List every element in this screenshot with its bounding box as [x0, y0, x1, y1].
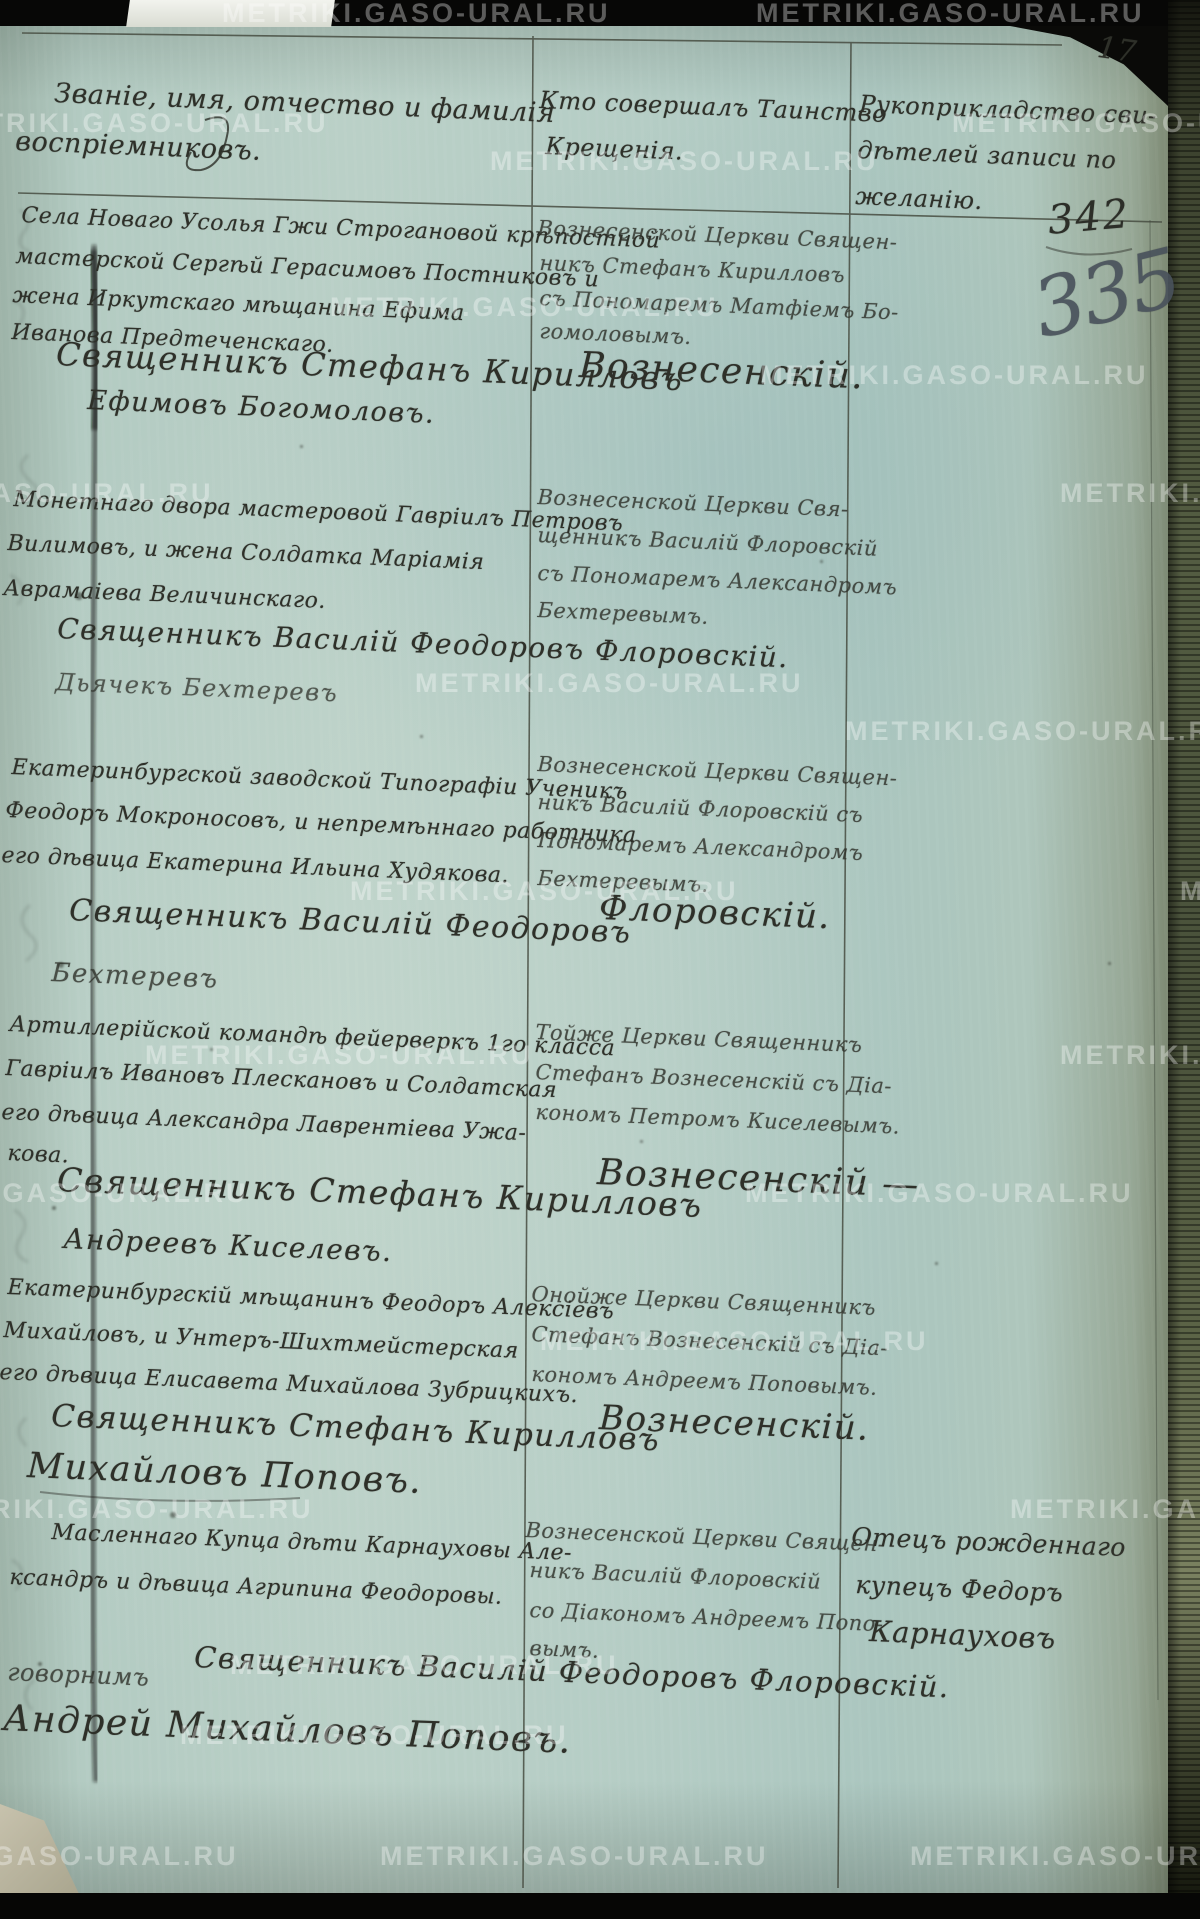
- corner-page-number: 17: [1095, 30, 1139, 70]
- record-6-col1-note: говорнимъ: [7, 1658, 150, 1692]
- scanned-metric-book-page: { "watermark": { "text": "METRIKI.GASO-U…: [0, 0, 1200, 1919]
- foxing-speck: [170, 1512, 176, 1518]
- foxing-speck: [210, 1048, 213, 1051]
- foxing-speck: [58, 962, 64, 968]
- foxing-speck: [300, 445, 303, 448]
- foxing-speck: [75, 592, 83, 600]
- foxing-speck: [935, 1262, 938, 1265]
- foxing-speck: [640, 1140, 643, 1143]
- scan-background-bottom: [0, 1893, 1200, 1919]
- header-col3-line-3: желанію.: [855, 182, 983, 215]
- foxing-speck: [420, 735, 423, 738]
- record-6-col2-line: вымъ.: [529, 1636, 600, 1663]
- foxing-speck: [52, 1206, 56, 1210]
- paper-sliver: [126, 0, 335, 27]
- foxing-speck: [820, 560, 823, 563]
- foxing-speck: [520, 1740, 523, 1743]
- old-page-number: 342: [1046, 191, 1132, 244]
- foxing-speck: [38, 1662, 42, 1666]
- header-col2-line-2: Крещенія.: [545, 132, 684, 166]
- foxing-speck: [995, 160, 998, 163]
- foxing-speck: [1108, 962, 1111, 965]
